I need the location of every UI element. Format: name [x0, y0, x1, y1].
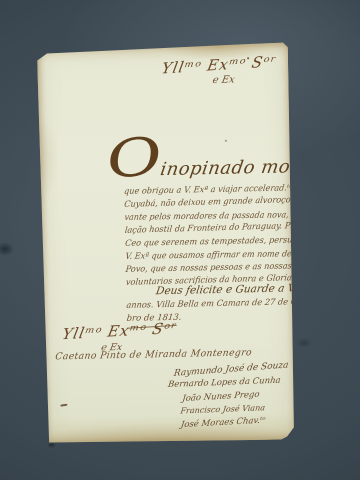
backdrop-stain — [296, 338, 312, 348]
manuscript-paper: Yllᵐᵒ Exᵐᵒ Sᵒʳ e Ex O inopinado motivo q… — [37, 42, 296, 444]
salutation-top-flourish: e Ex — [211, 75, 235, 87]
salutation-top: Yllᵐᵒ Exᵐᵒ Sᵒʳ — [160, 52, 278, 77]
opening-text: inopinado motivo — [158, 156, 327, 181]
signature: João Nunes Prego — [182, 390, 260, 404]
signature: Francisco José Viana — [180, 403, 266, 415]
address-salutation: Yllᵐᵒ Exᵐᵒ Sᵒʳ — [61, 319, 179, 343]
photo-backdrop: Yllᵐᵒ Exᵐᵒ Sᵒʳ e Ex O inopinado motivo q… — [0, 0, 360, 480]
opening-line: O inopinado motivo — [113, 135, 326, 181]
ink-speck — [60, 404, 67, 407]
backdrop-stain — [47, 442, 56, 448]
body-paragraph: que obrigou a V. Exª a viajar accelerad.… — [124, 182, 304, 290]
opening-initial-letter: O — [104, 136, 164, 181]
ink-speck — [225, 140, 227, 142]
signature-block: Raymundo José de Souza Bernardo Lopes da… — [165, 359, 296, 434]
closing-place-date: annos. Villa Bella em Camara de 27 de Ou… — [126, 297, 315, 311]
ink-speck — [247, 57, 249, 59]
backdrop-stain — [0, 242, 14, 256]
signature: José Moraes Chav.ᵗᵒ — [180, 415, 266, 430]
